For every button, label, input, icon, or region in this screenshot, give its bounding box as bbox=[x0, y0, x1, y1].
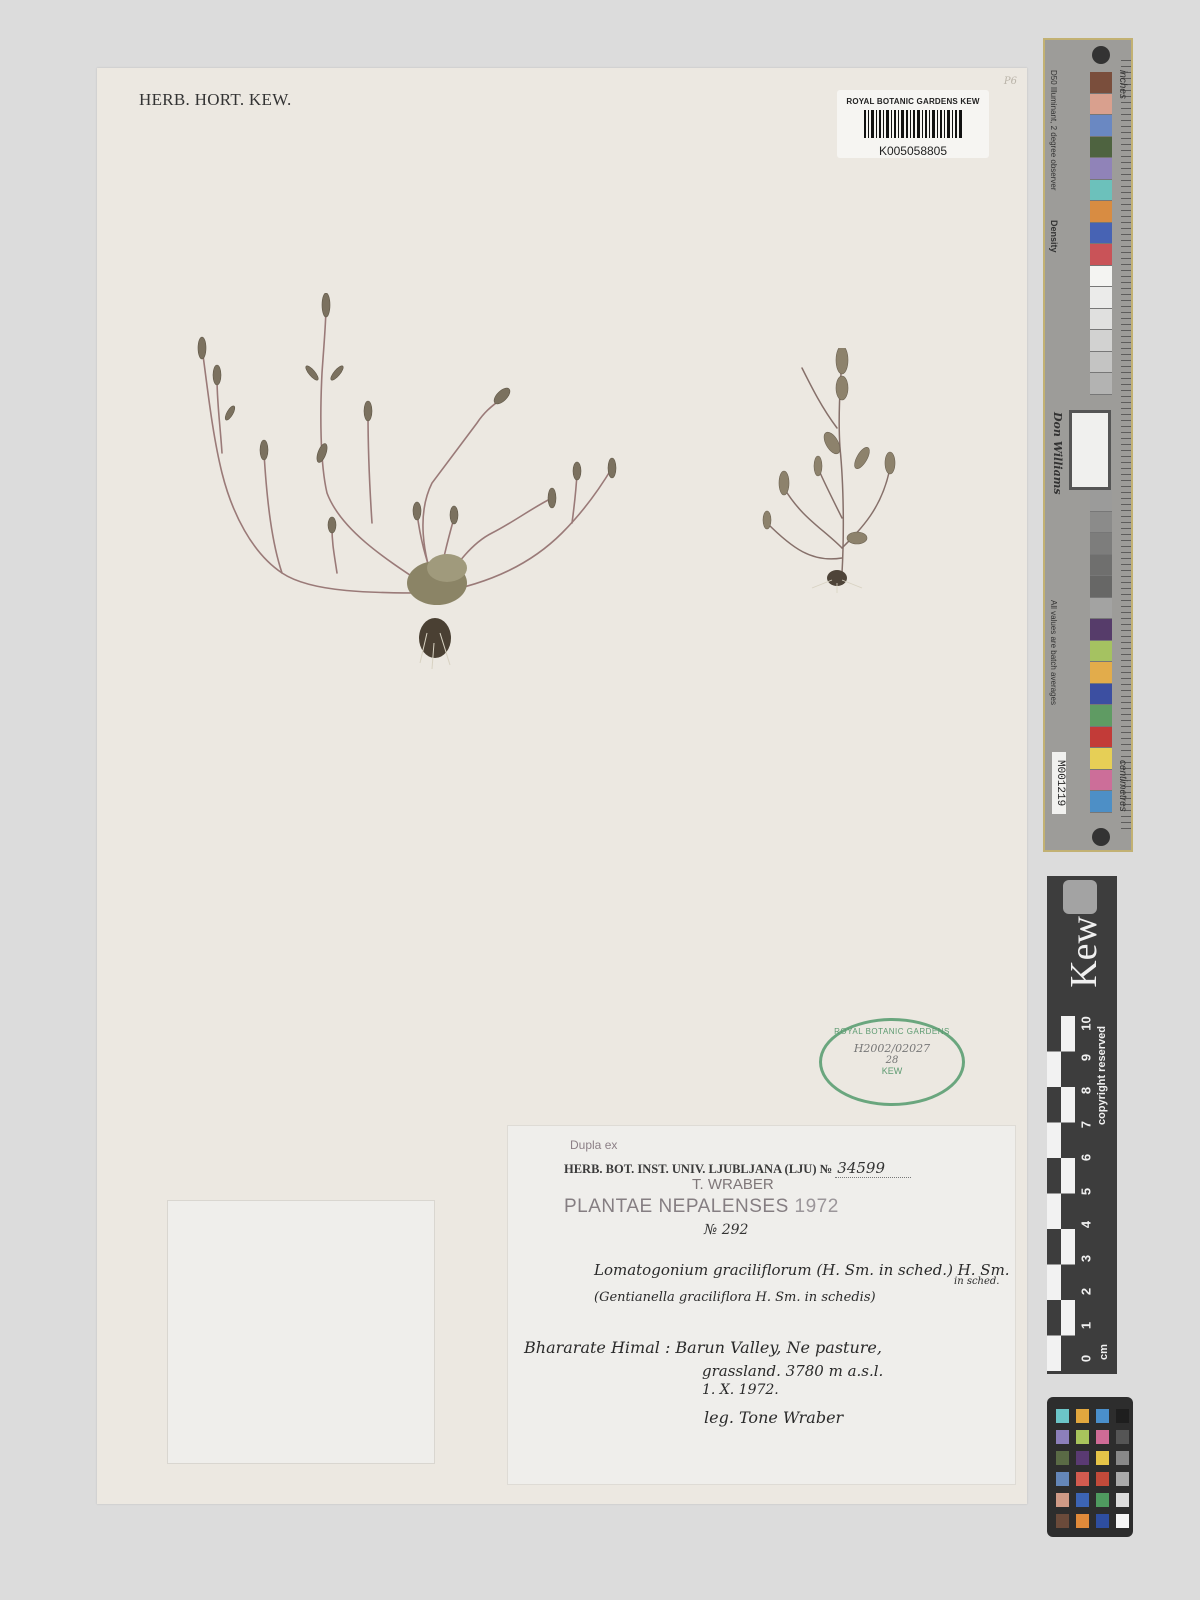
color-patch bbox=[1090, 137, 1112, 159]
checker-swatch bbox=[1116, 1493, 1129, 1507]
checker-swatch bbox=[1056, 1451, 1069, 1465]
cm-unit: cm bbox=[1098, 1344, 1110, 1360]
color-density-ruler: D50 Illuminant, 2 degree observer Densit… bbox=[1043, 38, 1133, 852]
checker-swatch bbox=[1116, 1451, 1129, 1465]
color-patch bbox=[1090, 94, 1112, 116]
color-patch bbox=[1090, 244, 1112, 266]
collection-label: Dupla ex HERB. BOT. INST. UNIV. LJUBLJAN… bbox=[507, 1125, 1016, 1485]
ruler-hole-bottom bbox=[1092, 828, 1110, 846]
checker-swatch bbox=[1056, 1430, 1069, 1444]
stamp-arc-text: ROYAL BOTANIC GARDENS bbox=[822, 1027, 962, 1036]
color-patch bbox=[1090, 770, 1112, 792]
checker-swatch bbox=[1096, 1472, 1109, 1486]
color-patch bbox=[1090, 727, 1112, 749]
resolution-target bbox=[1069, 410, 1111, 490]
color-patch bbox=[1090, 598, 1112, 620]
locality-line-2: grassland. 3780 m a.s.l. bbox=[702, 1362, 883, 1380]
ruler-scale-ticks bbox=[1121, 60, 1131, 830]
color-patch bbox=[1090, 662, 1112, 684]
collector-stamp: T. WRABER bbox=[692, 1176, 774, 1193]
locality-line-1: Bhararate Himal : Barun Valley, Ne pastu… bbox=[524, 1338, 882, 1357]
dupla-text: Dupla ex bbox=[570, 1138, 617, 1152]
series-name: PLANTAE NEPALENSES bbox=[564, 1196, 789, 1217]
collection-number: № 292 bbox=[704, 1222, 748, 1238]
kew-scale-bar: Kew 109876543210 copyright reserved cm bbox=[1047, 876, 1117, 1374]
color-patch bbox=[1090, 748, 1112, 770]
series-year: 1972 bbox=[795, 1196, 839, 1217]
checker-swatch bbox=[1076, 1514, 1089, 1528]
scale-tick-label: 10 bbox=[1079, 1015, 1094, 1033]
stamp-place: KEW bbox=[822, 1066, 962, 1076]
herbarium-header: HERB. HORT. KEW. bbox=[139, 90, 292, 110]
color-patch bbox=[1090, 619, 1112, 641]
checker-swatch bbox=[1096, 1514, 1109, 1528]
color-patch bbox=[1090, 287, 1112, 309]
color-patch bbox=[1090, 352, 1112, 374]
scale-tick-label: 6 bbox=[1079, 1149, 1094, 1167]
color-patch bbox=[1090, 309, 1112, 331]
ruler-hole-top bbox=[1092, 46, 1110, 64]
copyright-text: copyright reserved bbox=[1096, 1026, 1108, 1125]
corner-mark: P6 bbox=[1004, 76, 1017, 87]
checker-swatch bbox=[1116, 1514, 1129, 1528]
collector-signature: leg. Tone Wraber bbox=[704, 1408, 843, 1427]
scale-tick-label: 2 bbox=[1079, 1283, 1094, 1301]
fragment-packet[interactable] bbox=[167, 1200, 435, 1464]
ruler-brand: Don Williams bbox=[1051, 412, 1064, 495]
scale-checker-pattern bbox=[1047, 1016, 1075, 1371]
herbarium-number: 34599 bbox=[835, 1159, 911, 1178]
kew-logo: Kew bbox=[1062, 916, 1106, 988]
color-checker-card bbox=[1047, 1397, 1133, 1537]
checker-swatch bbox=[1096, 1430, 1109, 1444]
batch-note: All values are batch averages bbox=[1049, 600, 1058, 705]
series-title: PLANTAE NEPALENSES 1972 bbox=[564, 1196, 839, 1218]
scale-tick-label: 9 bbox=[1079, 1048, 1094, 1066]
barcode-number: K005058805 bbox=[837, 144, 989, 158]
color-patch bbox=[1090, 641, 1112, 663]
checker-swatch bbox=[1116, 1409, 1129, 1423]
scale-tick-label: 7 bbox=[1079, 1115, 1094, 1133]
color-patch bbox=[1090, 555, 1112, 577]
color-patch bbox=[1090, 115, 1112, 137]
barcode-label: ROYAL BOTANIC GARDENS KEW K005058805 bbox=[837, 90, 989, 158]
checker-swatch bbox=[1076, 1430, 1089, 1444]
checker-swatch bbox=[1076, 1472, 1089, 1486]
color-checker-grid bbox=[1056, 1409, 1129, 1528]
color-patch bbox=[1090, 373, 1112, 395]
stamp-accession-number: H2002/02027 bbox=[822, 1042, 962, 1055]
checker-swatch bbox=[1096, 1493, 1109, 1507]
color-patch bbox=[1090, 533, 1112, 555]
herbarium-sheet: HERB. HORT. KEW. P6 ROYAL BOTANIC GARDEN… bbox=[97, 68, 1027, 1504]
color-patch bbox=[1090, 72, 1112, 94]
scale-tick-label: 3 bbox=[1079, 1249, 1094, 1267]
color-patch bbox=[1090, 266, 1112, 288]
color-patch bbox=[1090, 158, 1112, 180]
scale-tick-label: 8 bbox=[1079, 1082, 1094, 1100]
color-patches-bottom bbox=[1090, 490, 1112, 813]
scale-tick-label: 5 bbox=[1079, 1182, 1094, 1200]
scale-tick-label: 0 bbox=[1079, 1350, 1094, 1368]
checker-swatch bbox=[1056, 1514, 1069, 1528]
synonym: (Gentianella graciliflora H. Sm. in sche… bbox=[594, 1290, 876, 1305]
color-patch bbox=[1090, 180, 1112, 202]
checker-swatch bbox=[1056, 1472, 1069, 1486]
scale-numbers: 109876543210 bbox=[1077, 1016, 1095, 1371]
color-patch bbox=[1090, 201, 1112, 223]
checker-swatch bbox=[1076, 1409, 1089, 1423]
herbarium-line: HERB. BOT. INST. UNIV. LJUBLJANA (LJU) №… bbox=[564, 1159, 911, 1177]
color-patch bbox=[1090, 705, 1112, 727]
ruler-id-label: M001219 bbox=[1052, 752, 1066, 814]
checker-swatch bbox=[1096, 1409, 1109, 1423]
density-label: Density bbox=[1049, 220, 1059, 253]
barcode-institution: ROYAL BOTANIC GARDENS KEW bbox=[837, 97, 989, 106]
color-patch bbox=[1090, 791, 1112, 813]
color-patch bbox=[1090, 684, 1112, 706]
checker-swatch bbox=[1116, 1430, 1129, 1444]
checker-swatch bbox=[1076, 1493, 1089, 1507]
color-patch bbox=[1090, 223, 1112, 245]
color-patch bbox=[1090, 330, 1112, 352]
checker-swatch bbox=[1096, 1451, 1109, 1465]
color-patches-top bbox=[1090, 72, 1112, 395]
barcode-icon bbox=[864, 110, 962, 138]
scale-tick-label: 4 bbox=[1079, 1216, 1094, 1234]
color-patch bbox=[1090, 576, 1112, 598]
checker-swatch bbox=[1116, 1472, 1129, 1486]
checker-swatch bbox=[1076, 1451, 1089, 1465]
accession-stamp: ROYAL BOTANIC GARDENS H2002/02027 28 KEW bbox=[819, 1018, 965, 1106]
kew-crest-icon bbox=[1063, 880, 1097, 914]
collection-date: 1. X. 1972. bbox=[702, 1382, 779, 1398]
taxon-name: Lomatogonium graciliflorum (H. Sm. in sc… bbox=[594, 1261, 1010, 1279]
scale-tick-label: 1 bbox=[1079, 1316, 1094, 1334]
color-patch bbox=[1090, 490, 1112, 512]
illuminant-note: D50 Illuminant, 2 degree observer bbox=[1049, 70, 1058, 191]
secondary-plant-specimen bbox=[762, 348, 912, 593]
checker-swatch bbox=[1056, 1493, 1069, 1507]
stamp-number: 28 bbox=[822, 1055, 962, 1066]
checker-swatch bbox=[1056, 1409, 1069, 1423]
taxon-suffix: in sched. bbox=[954, 1276, 1000, 1287]
color-patch bbox=[1090, 512, 1112, 534]
main-plant-specimen bbox=[192, 293, 642, 673]
herbarium-name: HERB. BOT. INST. UNIV. LJUBLJANA (LJU) № bbox=[564, 1162, 832, 1176]
